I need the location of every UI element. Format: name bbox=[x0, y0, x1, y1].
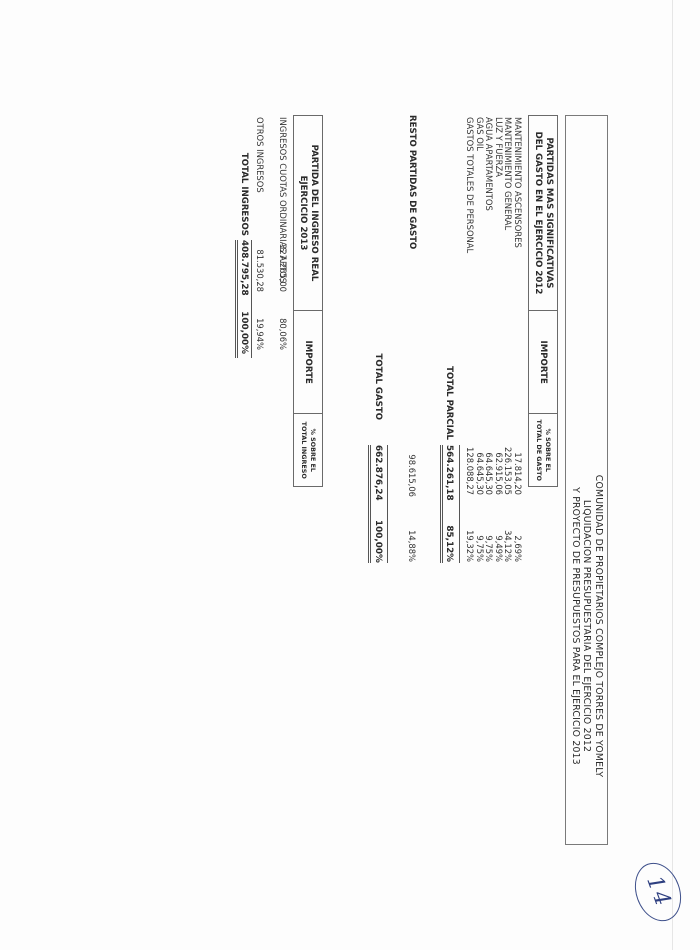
expense-row: MANTENIMIENTO ASCENSORES17.814,202,69% bbox=[512, 117, 522, 487]
expense-row: GASTOS TOTALES DE PERSONAL128.088,2719,3… bbox=[464, 117, 474, 487]
income-importe: 327.265,00 bbox=[277, 240, 287, 292]
expense-header-pct-line2: TOTAL DE GASTO bbox=[534, 420, 543, 481]
expense-concepto: GAS OIL bbox=[474, 117, 484, 317]
income-row: OTROS INGRESOS81.530,2819,94% bbox=[255, 117, 265, 487]
expense-importe: 226.153,05 bbox=[503, 443, 513, 495]
total-parcial-rule bbox=[459, 445, 460, 563]
expense-header-partida-line1: PARTIDAS MAS SIGNIFICATIVAS bbox=[543, 132, 554, 295]
total-ingresos-rule bbox=[251, 240, 252, 358]
expense-pct: 9,49% bbox=[493, 520, 503, 562]
income-table-header: PARTIDA DEL INGRESO REAL EJERCICIO 2013 … bbox=[293, 115, 323, 487]
expense-row: AGUA APARTAMENTOS64.645,309,75% bbox=[484, 117, 494, 487]
expense-concepto: AGUA APARTAMENTOS bbox=[484, 117, 494, 317]
expense-row: GAS OIL64.645,309,75% bbox=[474, 117, 484, 487]
expense-header-partida-line2: DEL GASTO EN EL EJERCICIO 2012 bbox=[532, 132, 543, 295]
expense-table-header: PARTIDAS MAS SIGNIFICATIVAS DEL GASTO EN… bbox=[528, 115, 558, 487]
expense-importe: 17.814,20 bbox=[512, 443, 522, 495]
title-line-3: Y PROYECTO DE PRESUPUESTOS PARA EL EJERC… bbox=[570, 416, 582, 836]
expense-importe: 128.088,27 bbox=[464, 443, 474, 495]
title-line-1: COMUNIDAD DE PROPIETARIOS COMPLEJO TORRE… bbox=[593, 416, 605, 836]
income-header-partida: PARTIDA DEL INGRESO REAL EJERCICIO 2013 bbox=[294, 116, 322, 311]
income-header-partida-line1: PARTIDA DEL INGRESO REAL bbox=[308, 145, 319, 282]
expense-concepto: LUZ Y FUERZA bbox=[493, 117, 503, 317]
income-rows: INGRESOS CUOTAS ORDINARIAS APTOS327.265,… bbox=[255, 117, 287, 487]
total-ingresos-importe: 408.795,28 bbox=[239, 240, 249, 292]
income-header-partida-line2: EJERCICIO 2013 bbox=[297, 145, 308, 282]
expense-pct: 19,32% bbox=[464, 520, 474, 562]
expense-row: LUZ Y FUERZA62.915,069,49% bbox=[493, 117, 503, 487]
expense-concepto: MANTENIMIENTO GENERAL bbox=[503, 117, 513, 317]
expense-importe: 62.915,06 bbox=[493, 443, 503, 495]
expense-pct: 34,12% bbox=[503, 520, 513, 562]
expense-pct: 9,75% bbox=[474, 520, 484, 562]
total-gasto-rule bbox=[387, 445, 388, 563]
total-ingresos-double-rule bbox=[235, 240, 238, 358]
expense-importe: 64.645,30 bbox=[474, 443, 484, 495]
resto-partidas-label: RESTO PARTIDAS DE GASTO bbox=[407, 115, 417, 249]
expense-pct: 2,69% bbox=[512, 520, 522, 562]
expense-header-pct: % SOBRE EL TOTAL DE GASTO bbox=[529, 414, 557, 486]
income-row: INGRESOS CUOTAS ORDINARIAS APTOS327.265,… bbox=[277, 117, 287, 487]
total-parcial-pct: 85,12% bbox=[444, 520, 454, 562]
income-header-pct-line1: % SOBRE EL bbox=[308, 422, 317, 479]
income-header-importe: IMPORTE bbox=[294, 311, 322, 414]
income-header-pct: % SOBRE EL TOTAL INGRESO bbox=[294, 414, 322, 486]
income-pct: 19,94% bbox=[255, 306, 265, 350]
income-pct: 80,06% bbox=[277, 306, 287, 350]
expense-header-pct-line1: % SOBRE EL bbox=[543, 420, 552, 481]
page-number-stamp: 14 bbox=[627, 856, 689, 927]
title-box: COMUNIDAD DE PROPIETARIOS COMPLEJO TORRE… bbox=[565, 115, 608, 845]
total-gasto-importe: 662.876,24 bbox=[373, 445, 383, 497]
total-ingresos-pct: 100,00% bbox=[239, 304, 249, 354]
total-gasto-double-rule bbox=[368, 445, 371, 563]
resto-partidas-importe: 98.615,06 bbox=[406, 445, 416, 497]
income-importe: 81.530,28 bbox=[255, 240, 265, 292]
total-gasto-label: TOTAL GASTO bbox=[373, 300, 383, 420]
total-gasto-pct: 100,00% bbox=[373, 520, 383, 562]
income-header-pct-line2: TOTAL INGRESO bbox=[299, 422, 308, 479]
title-line-2: LIQUIDACION PRESUPUESTARIA DEL EJERCICIO… bbox=[581, 416, 593, 836]
total-parcial-label: TOTAL PARCIAL bbox=[444, 330, 454, 440]
expense-row: MANTENIMIENTO GENERAL226.153,0534,12% bbox=[503, 117, 513, 487]
total-ingresos-label: TOTAL INGRESOS bbox=[239, 120, 249, 236]
expense-concepto: GASTOS TOTALES DE PERSONAL bbox=[464, 117, 474, 317]
document-title: COMUNIDAD DE PROPIETARIOS COMPLEJO TORRE… bbox=[570, 416, 605, 836]
expense-importe: 64.645,30 bbox=[484, 443, 494, 495]
total-parcial-double-rule bbox=[440, 445, 443, 563]
expense-header-importe: IMPORTE bbox=[529, 311, 557, 414]
expense-concepto: MANTENIMIENTO ASCENSORES bbox=[512, 117, 522, 317]
expense-rows: MANTENIMIENTO ASCENSORES17.814,202,69%MA… bbox=[464, 117, 522, 487]
expense-pct: 9,75% bbox=[484, 520, 494, 562]
document-page: COMUNIDAD DE PROPIETARIOS COMPLEJO TORRE… bbox=[0, 0, 700, 950]
total-parcial-importe: 564.261,18 bbox=[444, 445, 454, 497]
resto-partidas-pct: 14,88% bbox=[406, 520, 416, 562]
expense-header-partida: PARTIDAS MAS SIGNIFICATIVAS DEL GASTO EN… bbox=[529, 116, 557, 311]
